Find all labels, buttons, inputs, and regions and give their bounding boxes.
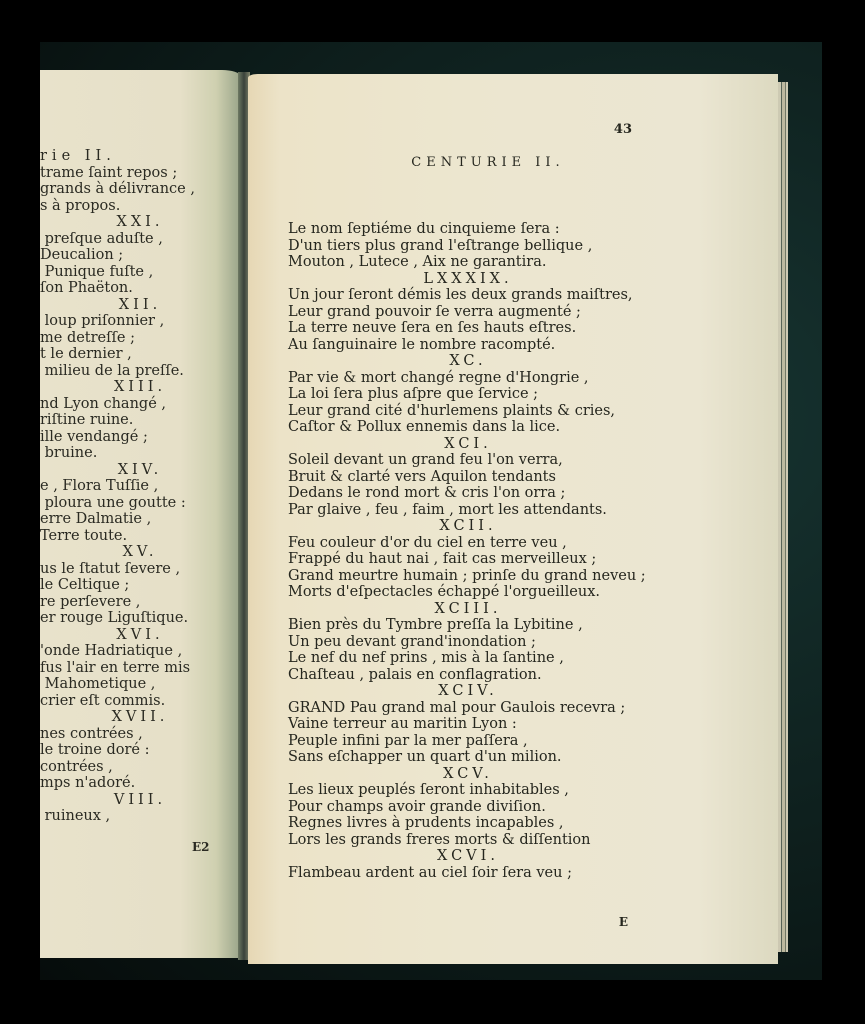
quatrain-number: XCVI. [288, 848, 648, 865]
right-page-text: CENTURIE II. 43 Le nom ſeptiéme du cinqu… [288, 122, 648, 964]
text-line: riſtine ruine. [40, 412, 240, 429]
verse-line: Caſtor & Pollux ennemis dans la lice. [288, 419, 648, 436]
verse-line: Pour champs avoir grande diviſion. [288, 799, 648, 816]
quatrain-number: XII. [40, 297, 240, 314]
quatrain-number: LXXXIX. [288, 271, 648, 288]
verse-line: Leur grand pouvoir ſe verra augmenté ; [288, 304, 648, 321]
quatrain-number: XVI. [40, 627, 240, 644]
quatrain-list: Le nom ſeptiéme du cinquieme ſera :D'un … [288, 221, 648, 881]
verse-line: Mouton , Lutece , Aix ne garantira. [288, 254, 648, 271]
verse-line: Soleil devant un grand feu l'on verra, [288, 452, 648, 469]
verse-line: Dedans le rond mort & cris l'on orra ; [288, 485, 648, 502]
text-line: crier eſt commis. [40, 693, 240, 710]
verse-line: Regnes livres à prudents incapables , [288, 815, 648, 832]
verse-line: Lors les grands freres morts & diſſentio… [288, 832, 648, 849]
text-line: Terre toute. [40, 528, 240, 545]
text-line: re perſevere , [40, 594, 240, 611]
verse-line: Bien près du Tymbre preſſa la Lybitine , [288, 617, 648, 634]
text-line: ille vendangé ; [40, 429, 240, 446]
verse-line: Vaine terreur au maritin Lyon : [288, 716, 648, 733]
left-page-text: rie II.trame ſaint repos ;grands à déliv… [40, 148, 240, 825]
text-line: 'onde Hadriatique , [40, 643, 240, 660]
verse-line: La loi ſera plus aſpre que ſervice ; [288, 386, 648, 403]
verse-line: Un jour ſeront démis les deux grands mai… [288, 287, 648, 304]
text-line: nd Lyon changé , [40, 396, 240, 413]
left-page-signature: E2 [192, 840, 210, 854]
text-line: Mahometique , [40, 676, 240, 693]
verse-line: La terre neuve ſera en ſes hauts eſtres. [288, 320, 648, 337]
quatrain-number: XIII. [40, 379, 240, 396]
quatrain-number: XCV. [288, 766, 648, 783]
text-line: trame ſaint repos ; [40, 165, 240, 182]
quatrain-number: XXI. [40, 214, 240, 231]
text-line: erre Dalmatie , [40, 511, 240, 528]
verse-line: Leur grand cité d'hurlemens plaints & cr… [288, 403, 648, 420]
quatrain-number: XVII. [40, 709, 240, 726]
text-line: t le dernier , [40, 346, 240, 363]
quatrain-number: XCII. [288, 518, 648, 535]
verse-line: Frappé du haut nai , fait cas merveilleu… [288, 551, 648, 568]
text-line: bruine. [40, 445, 240, 462]
text-line: loup priſonnier , [40, 313, 240, 330]
text-line: Punique fuſte , [40, 264, 240, 281]
page-number: 43 [614, 122, 632, 139]
verse-line: Par vie & mort changé regne d'Hongrie , [288, 370, 648, 387]
text-line: ruineux , [40, 808, 240, 825]
text-line: e , Flora Tuſſie , [40, 478, 240, 495]
text-line: le troine doré : [40, 742, 240, 759]
verse-line: Morts d'eſpectacles échappé l'orgueilleu… [288, 584, 648, 601]
quatrain-number: XCIII. [288, 601, 648, 618]
verse-line: GRAND Pau grand mal pour Gaulois recevra… [288, 700, 648, 717]
verse-line: Le nom ſeptiéme du cinquieme ſera : [288, 221, 648, 238]
text-line: me detreſſe ; [40, 330, 240, 347]
left-page: rie II.trame ſaint repos ;grands à déliv… [40, 70, 240, 958]
quatrain-number: VIII. [40, 792, 240, 809]
running-header: CENTURIE II. [288, 155, 648, 172]
verse-line: Au ſanguinaire le nombre racompté. [288, 337, 648, 354]
verse-line: D'un tiers plus grand l'eſtrange belliqu… [288, 238, 648, 255]
verse-line: Les lieux peuplés ſeront inhabitables , [288, 782, 648, 799]
quatrain-number: XIV. [40, 462, 240, 479]
text-line: le Celtique ; [40, 577, 240, 594]
signature-mark: E [288, 914, 648, 931]
text-line: ſon Phaëton. [40, 280, 240, 297]
text-line: preſque aduſte , [40, 231, 240, 248]
photo-frame: rie II.trame ſaint repos ;grands à déliv… [40, 42, 822, 980]
text-line: s à propos. [40, 198, 240, 215]
text-line: grands à délivrance , [40, 181, 240, 198]
text-line: er rouge Liguſtique. [40, 610, 240, 627]
verse-line: Flambeau ardent au ciel ſoir ſera veu ; [288, 865, 648, 882]
verse-line: Sans eſchapper un quart d'un milion. [288, 749, 648, 766]
verse-line: Grand meurtre humain ; prinſe du grand n… [288, 568, 648, 585]
verse-line: Feu couleur d'or du ciel en terre veu , [288, 535, 648, 552]
text-line: contrées , [40, 759, 240, 776]
verse-line: Peuple infini par la mer paſſera , [288, 733, 648, 750]
verse-line: Le nef du nef prins , mis à la ſantine , [288, 650, 648, 667]
quatrain-number: XCI. [288, 436, 648, 453]
text-line: rie II. [40, 148, 240, 165]
text-line: milieu de la preſſe. [40, 363, 240, 380]
quatrain-number: XC. [288, 353, 648, 370]
verse-line: Un peu devant grand'inondation ; [288, 634, 648, 651]
verse-line: Par glaive , feu , faim , mort les atten… [288, 502, 648, 519]
quatrain-number: XV. [40, 544, 240, 561]
text-line: ploura une goutte : [40, 495, 240, 512]
text-line: nes contrées , [40, 726, 240, 743]
text-line: Deucalion ; [40, 247, 240, 264]
verse-line: Bruit & clarté vers Aquilon tendants [288, 469, 648, 486]
quatrain-number: XCIV. [288, 683, 648, 700]
text-line: fus l'air en terre mis [40, 660, 240, 677]
text-line: us le ſtatut ſevere , [40, 561, 240, 578]
verse-line: Chaſteau , palais en conflagration. [288, 667, 648, 684]
text-line: mps n'adoré. [40, 775, 240, 792]
